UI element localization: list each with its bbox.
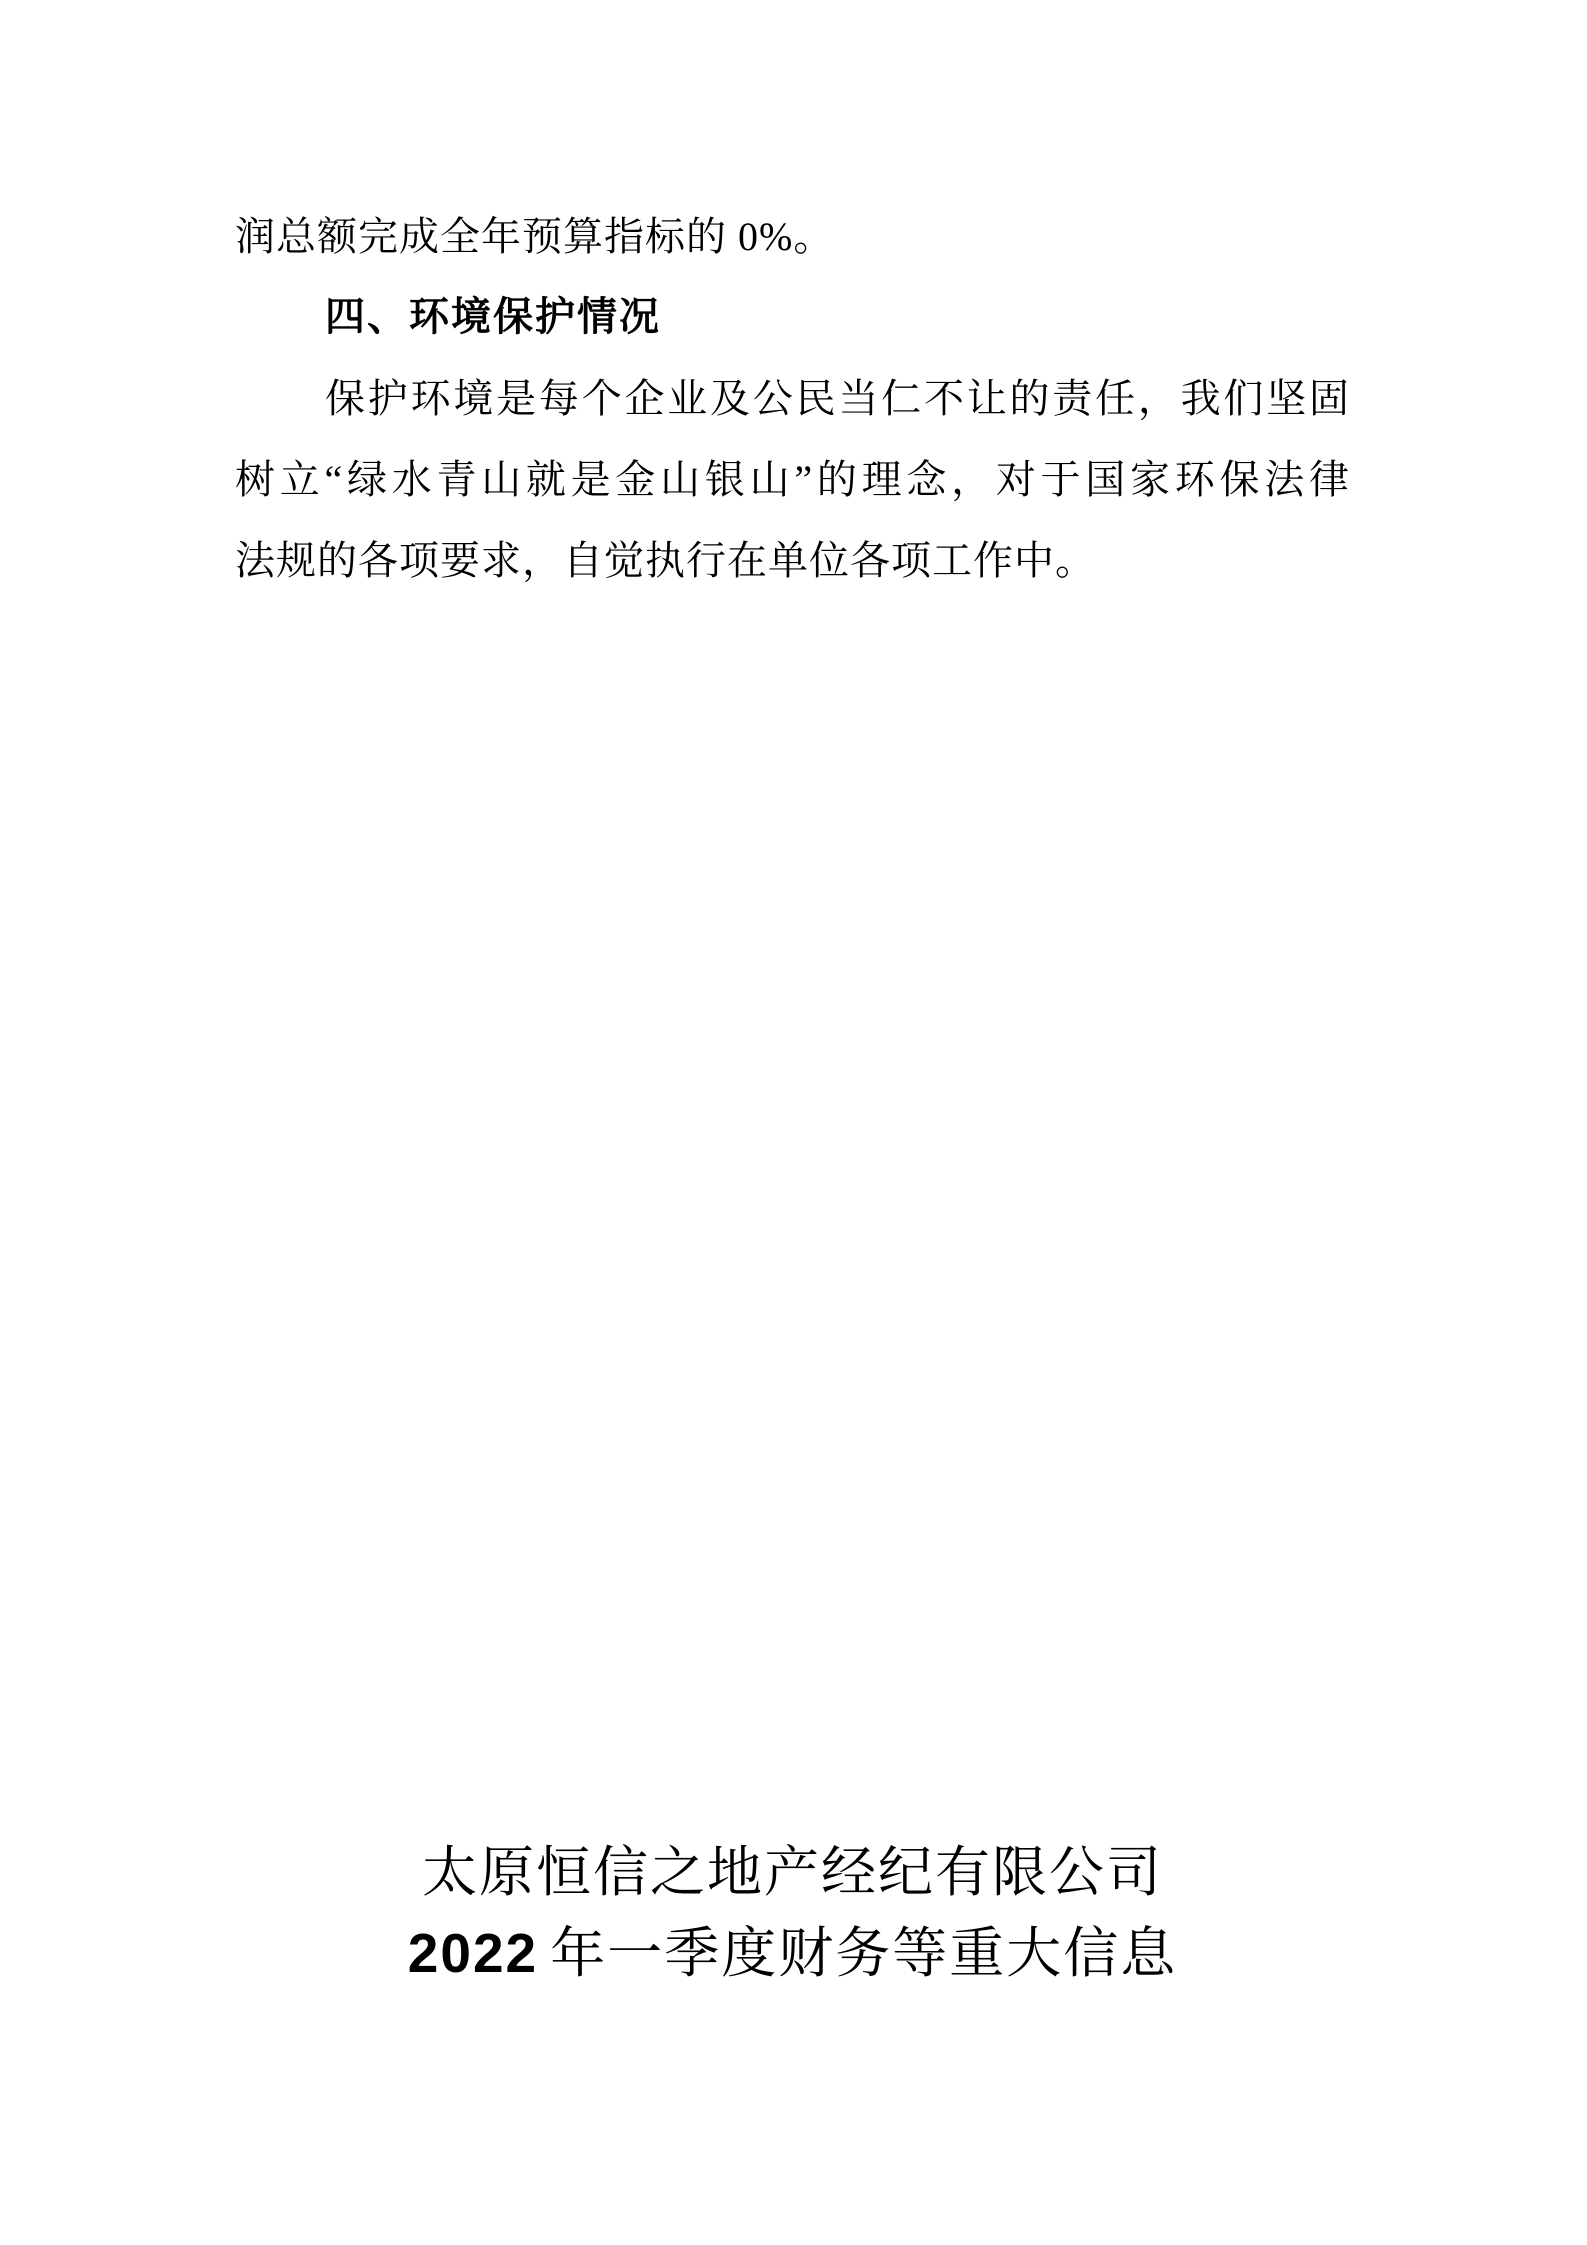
paragraph-line: 法规的各项要求，自觉执行在单位各项工作中。	[235, 520, 1350, 601]
footer-company-name: 太原恒信之地产经纪有限公司	[235, 1832, 1350, 1913]
paragraph-line: 树立“绿水青山就是金山银山”的理念，对于国家环保法律	[235, 439, 1350, 520]
paragraph-line: 保护环境是每个企业及公民当仁不让的责任，我们坚固	[235, 358, 1350, 439]
footer-title-block: 太原恒信之地产经纪有限公司 2022年一季度财务等重大信息	[235, 1832, 1350, 1994]
footer-report-title: 2022年一季度财务等重大信息	[235, 1913, 1350, 1994]
document-page: 润总额完成全年预算指标的 0%。 四、环境保护情况 保护环境是每个企业及公民当仁…	[0, 0, 1587, 2245]
footer-report-title-text: 年一季度财务等重大信息	[550, 1923, 1177, 1984]
continuation-paragraph-line: 润总额完成全年预算指标的 0%。	[235, 196, 1350, 277]
body-text-block: 润总额完成全年预算指标的 0%。 四、环境保护情况 保护环境是每个企业及公民当仁…	[235, 196, 1350, 601]
section-heading: 四、环境保护情况	[235, 277, 1350, 358]
footer-report-year: 2022	[408, 1922, 538, 1984]
